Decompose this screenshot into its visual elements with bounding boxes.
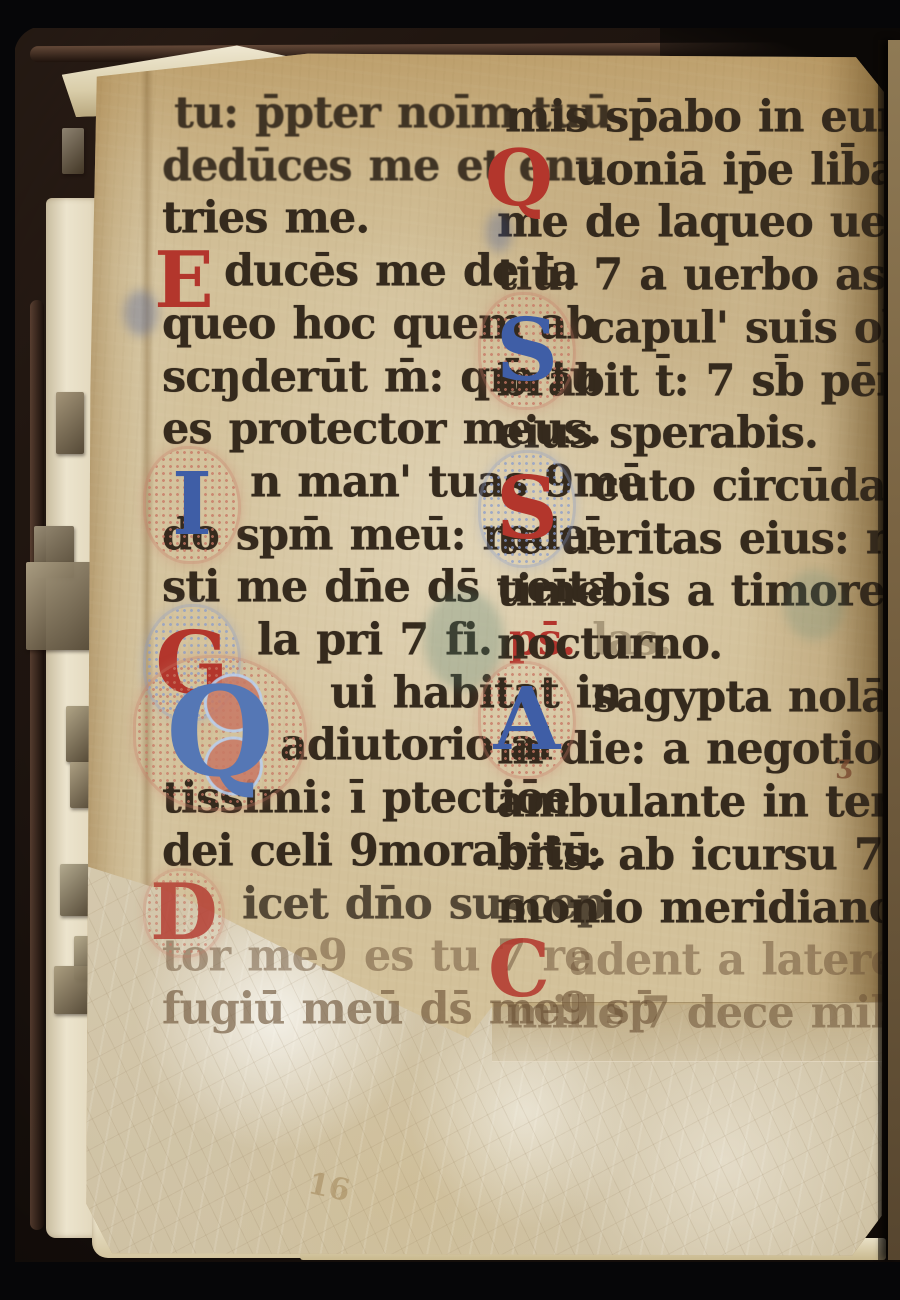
illuminated-initial-D: D — [146, 871, 222, 955]
illuminated-initial-Q: Q — [136, 658, 304, 808]
text-line: sagypta nolāte — [593, 673, 900, 720]
parchment-tab — [66, 706, 90, 762]
parchment-tab — [26, 562, 100, 650]
text-line: nocturno. — [497, 621, 722, 668]
cover-left-ridge — [30, 300, 44, 1230]
text-run: mille 7 dece milia — [507, 987, 900, 1038]
text-line: me de laqueo uenā — [497, 199, 900, 246]
illuminated-initial-C: C — [481, 927, 557, 1011]
text-line: mis sp̄abo in eum. — [505, 94, 900, 141]
text-run: monio meridiano. — [497, 882, 900, 933]
parchment-tab — [62, 128, 84, 174]
parchment-tab — [54, 966, 90, 1014]
photograph-of-manuscript: tu: p̄pter noīm tuūdedūces me et enutrie… — [0, 0, 900, 1300]
text-line: tiū: 7 a uerbo aspero. — [497, 252, 900, 299]
text-run: eius sperabis. — [497, 408, 818, 459]
parchment-tab — [60, 864, 90, 916]
illuminated-initial-Q: Q — [481, 137, 557, 221]
photo-frame-top — [0, 0, 900, 28]
text-run: ambulante in tene — [497, 777, 900, 828]
photo-frame-bottom — [0, 1262, 900, 1300]
text-line: cuto circūdabit — [593, 462, 900, 509]
illuminated-initial-I: I — [146, 449, 238, 561]
text-run: bris: ab icursu 7 de — [497, 829, 900, 880]
text-run: uoniā ip̄e lib̄auit — [575, 144, 900, 195]
text-run: tiū: 7 a uerbo aspero. — [497, 250, 900, 301]
illuminated-initial-A: A — [481, 664, 573, 776]
margin-flourish-mark: ʒ — [836, 750, 851, 780]
text-run: capul' suis obum — [589, 302, 900, 353]
illuminated-initial-E: E — [146, 238, 222, 322]
text-run: mis sp̄abo in eum. — [505, 92, 900, 143]
text-run: sagypta nolāte — [593, 671, 900, 722]
text-line: ambulante in tene — [497, 779, 900, 826]
text-line: eius sperabis. — [497, 410, 818, 457]
text-line: monio meridiano. — [497, 884, 900, 931]
manuscript-page: tu: p̄pter noīm tuūdedūces me et enutrie… — [84, 50, 884, 1258]
illuminated-initial-S: S — [481, 295, 573, 407]
green-stain-right — [784, 570, 844, 640]
right-text-column: mis sp̄abo in eum.Quoniā ip̄e lib̄auitme… — [497, 50, 877, 1258]
text-line: capul' suis obum — [589, 304, 900, 351]
parchment-tab — [56, 392, 84, 454]
text-run: adent a latere tuo — [569, 935, 900, 986]
text-run: nocturno. — [497, 619, 722, 670]
text-line: uoniā ip̄e lib̄auit — [575, 146, 900, 193]
text-line: mille 7 dece milia — [507, 989, 900, 1036]
text-line: adent a latere tuo — [569, 937, 900, 984]
green-stain — [424, 590, 504, 690]
text-run: me de laqueo uenā — [497, 197, 900, 248]
photo-frame-left — [0, 0, 15, 1300]
text-run: cuto circūdabit — [593, 460, 900, 511]
text-line: bris: ab icursu 7 de — [497, 831, 900, 878]
adjacent-page-edge — [888, 40, 900, 1260]
